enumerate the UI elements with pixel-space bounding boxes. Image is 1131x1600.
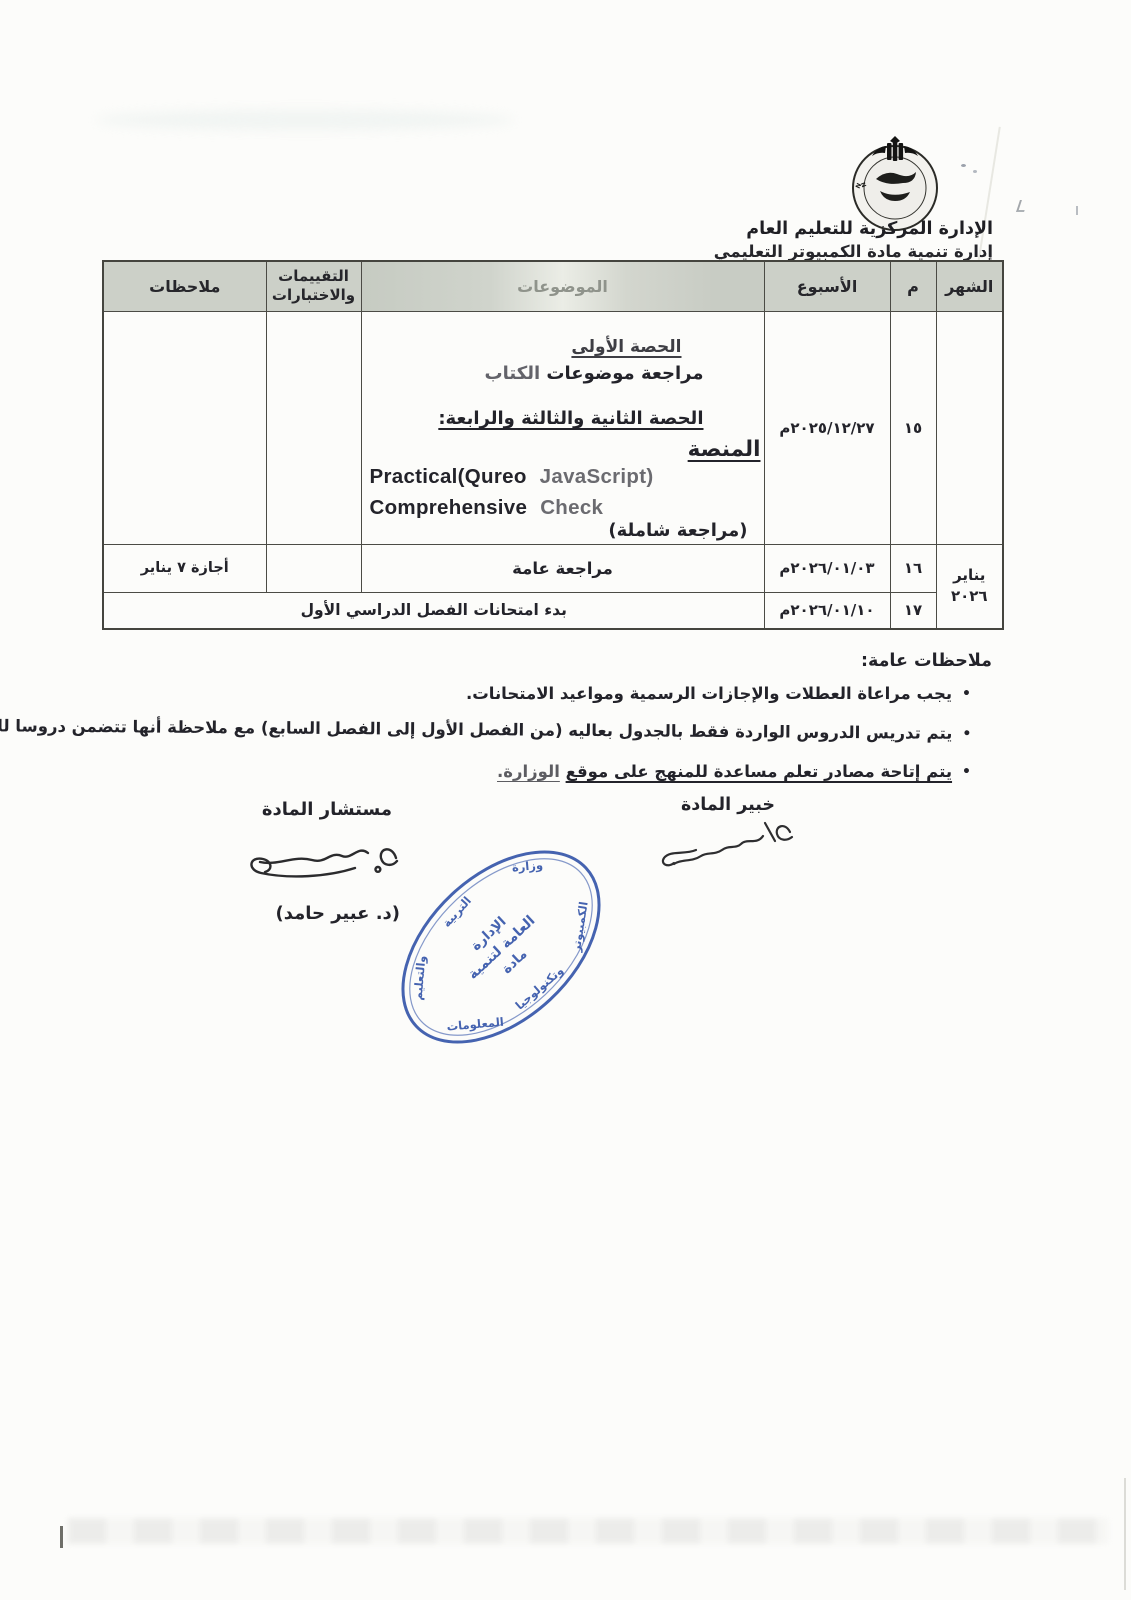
stamp-arc-word: المعلومات: [446, 1015, 504, 1035]
cell-topics-15: الحصة الأولى مراجعة موضوعات الكتاب الحصة…: [361, 311, 764, 544]
table-header-row: الشهر م الأسبوع الموضوعات التقييمات والا…: [103, 261, 1003, 311]
cell-week-17: ٢٠٢٦/٠١/١٠م: [764, 592, 890, 629]
general-note-2-text: يتم تدريس الدروس الواردة فقط بالجدول بعا…: [0, 715, 952, 743]
pen-mark: [1016, 200, 1028, 212]
cell-num-17: ١٧: [890, 592, 936, 629]
header-num: م: [890, 261, 936, 311]
sessions234-heading: الحصة الثانية والثالثة والرابعة:: [438, 408, 703, 429]
schedule-table-wrapper: الشهر م الأسبوع الموضوعات التقييمات والا…: [102, 260, 1004, 630]
session1-text-light: الكتاب: [485, 363, 541, 384]
ink-speck: [973, 170, 977, 173]
header-assessments-line1: التقييمات: [267, 267, 361, 286]
department-line1: الإدارة المركزية للتعليم العام: [714, 218, 993, 241]
general-note-1: •يجب مراعاة العطلات والإجازات الرسمية وم…: [466, 684, 971, 703]
general-note-1-text: يجب مراعاة العطلات والإجازات الرسمية ومو…: [466, 684, 952, 703]
english-line1-dark: Practical(Qureo: [370, 465, 527, 488]
table-row-week16: يناير ٢٠٢٦ ١٦ ٢٠٢٦/٠١/٠٣م مراجعة عامة أج…: [103, 544, 1003, 592]
scan-mark-left: [60, 1526, 63, 1548]
stamp-arc-word: والتعليم: [411, 955, 430, 1001]
review-note: (مراجعة شاملة): [608, 520, 747, 541]
stamp-arc-word: وزارة: [511, 858, 543, 876]
cell-month-january: يناير ٢٠٢٦: [936, 544, 1003, 629]
cell-notes-16: أجازة ٧ يناير: [103, 544, 266, 592]
advisor-printed-name: (د. عبير حامد): [275, 903, 400, 924]
header-week: الأسبوع: [764, 261, 890, 311]
stamp-arc-word: وتكنولوجيا: [512, 963, 566, 1013]
session1-text: مراجعة موضوعات الكتاب: [485, 363, 704, 384]
english-line2-light: Check: [540, 496, 603, 519]
cell-week-15: ٢٠٢٥/١٢/٢٧م: [764, 311, 890, 544]
session1-heading: الحصة الأولى: [571, 337, 681, 357]
header-month: الشهر: [936, 261, 1003, 311]
scan-smudge-bottom: [68, 1518, 1108, 1544]
header-assessments-line2: والاختبارات: [267, 286, 361, 305]
cell-topics-16: مراجعة عامة: [361, 544, 764, 592]
month-year: ٢٠٢٦: [937, 586, 1003, 607]
session1-text-dark: مراجعة موضوعات: [546, 363, 703, 384]
english-line2: Comprehensive Check: [370, 496, 604, 520]
cell-assessments-15: [266, 311, 361, 544]
cell-week-16: ٢٠٢٦/٠١/٠٣م: [764, 544, 890, 592]
bullet-icon: •: [962, 764, 971, 780]
bullet-icon: •: [962, 726, 971, 742]
department-line2: إدارة تنمية مادة الكمبيوتر التعليمي: [714, 241, 993, 262]
general-note-3-text: يتم إتاحة مصادر تعلم مساعدة للمنهج على م…: [566, 762, 952, 781]
general-note-3-text-light: الوزارة.: [497, 762, 560, 781]
ministry-stamp: وزارة التربية والتعليم الكمبيوتر وتكنولو…: [383, 840, 619, 1054]
department-header: الإدارة المركزية للتعليم العام إدارة تنم…: [714, 218, 993, 262]
general-notes-title: ملاحظات عامة:: [861, 651, 992, 671]
general-note-2: •يتم تدريس الدروس الواردة فقط بالجدول بع…: [0, 715, 971, 743]
scan-smudge-top: [95, 110, 515, 130]
topics-content: الحصة الأولى مراجعة موضوعات الكتاب الحصة…: [362, 313, 764, 542]
platform-heading: المنصة: [688, 437, 761, 462]
header-notes: ملاحظات: [103, 261, 266, 311]
cell-num-16: ١٦: [890, 544, 936, 592]
cell-assessments-16: [266, 544, 361, 592]
subject-advisor-title: مستشار المادة: [262, 799, 392, 820]
english-line1: Practical(Qureo JavaScript): [370, 465, 654, 489]
cell-notes-15: [103, 311, 266, 544]
table-row-week15: ١٥ ٢٠٢٥/١٢/٢٧م الحصة الأولى مراجعة موضوع…: [103, 311, 1003, 544]
scan-edge-line: [1124, 1478, 1126, 1590]
header-topics: الموضوعات: [361, 261, 764, 311]
ink-speck: [1076, 206, 1078, 215]
cell-month-empty: [936, 311, 1003, 544]
table-row-week17: ١٧ ٢٠٢٦/٠١/١٠م بدء امتحانات الفصل الدراس…: [103, 592, 1003, 629]
subject-advisor-signature: [228, 830, 406, 896]
english-line2-dark: Comprehensive: [370, 496, 528, 519]
schedule-table: الشهر م الأسبوع الموضوعات التقييمات والا…: [102, 260, 1004, 630]
general-note-3: •يتم إتاحة مصادر تعلم مساعدة للمنهج على …: [497, 762, 971, 781]
ink-speck: [961, 164, 966, 167]
english-line1-light: JavaScript): [540, 465, 654, 488]
cell-exams-merged: بدء امتحانات الفصل الدراسي الأول: [103, 592, 764, 629]
subject-expert-title: خبير المادة: [681, 795, 775, 815]
subject-expert-signature: [628, 816, 800, 872]
scanned-schedule-document: MINISTRY OF EDUCATION AND TECHNICAL EDUC…: [0, 0, 1131, 1600]
cell-num-15: ١٥: [890, 311, 936, 544]
month-name: يناير: [937, 565, 1003, 586]
header-assessments: التقييمات والاختبارات: [266, 261, 361, 311]
bullet-icon: •: [962, 686, 971, 702]
